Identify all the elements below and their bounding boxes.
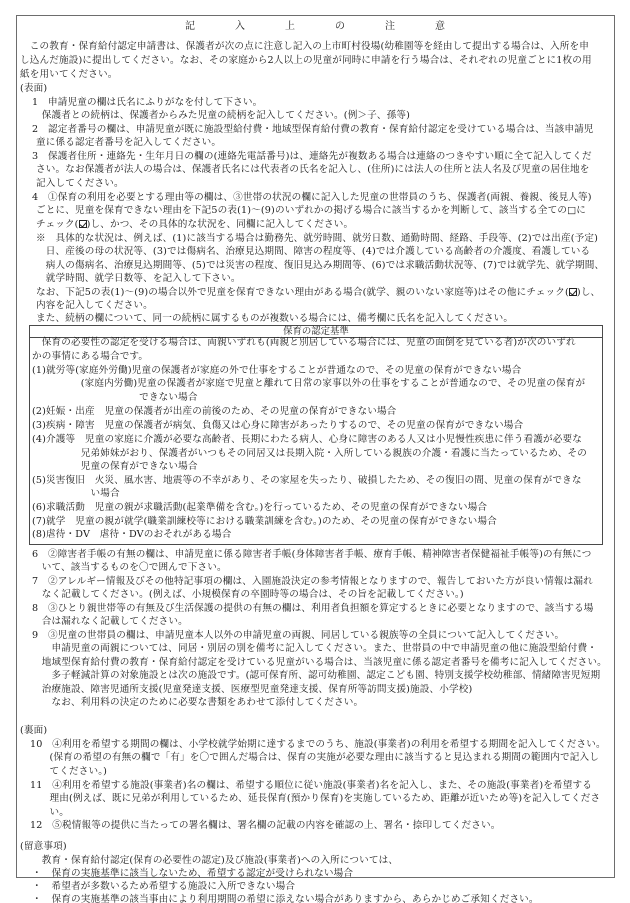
front-item-3: 3 保護者住所・連絡先・生年月日の欄の(連絡先電話番号)は、連絡先が複数ある場合…: [32, 151, 592, 164]
intro-line: し込んだ施設)に提出してください。なお、その家庭から2人以上の児童が同時に申請を…: [20, 55, 592, 68]
criteria-row-4: 児童の保育ができない場合: [32, 461, 198, 474]
checked-box-icon: [569, 288, 577, 296]
notes-bullet: ・ 希望者が多数いるため希望する施設に入所できない場合: [32, 881, 295, 894]
front-item-3: 記入してください。: [36, 178, 124, 191]
notes-heading: (留意事項): [20, 841, 67, 854]
checked-box-icon: [79, 220, 87, 228]
front-item-4-text: )し、: [577, 287, 600, 298]
document-title: 記入上の注意: [0, 17, 630, 32]
criteria-row-1: (1)就労等(家庭外労働)児童の保護者が家庭の外で仕事をすることが普通なので、そ…: [32, 365, 521, 378]
front-item-4-text: チェック(: [36, 219, 79, 230]
criteria-row-8: (8)虐待・DV 虐待・DVのおそれがある場合: [32, 529, 231, 542]
intro-line: 紙を用いてください。: [20, 69, 117, 82]
front-item-9: 多子軽減計算の対象施設とは次の施設です。(認可保育所、認可幼稚園、認定こども園、…: [32, 670, 600, 683]
front-heading: (表面): [20, 83, 47, 96]
front-item-4-note: 日、産後の母の状況等、(3)では傷病名、治療見込期間、障害の程度等、(4)では介…: [36, 246, 590, 259]
criteria-row-5: (5)災害復旧 火災、風水害、地震等の不幸があり、その家屋を失ったり、破損したた…: [32, 475, 582, 488]
title-char: 意: [415, 17, 465, 32]
back-item-12: 12 ⑤税情報等の提供に当たっての署名欄は、署名欄の記載の内容を確認の上、署名・…: [30, 820, 500, 833]
notes-lead: 教育・保育給付認定(保育の必要性の認定)及び施設(事業者)への入所については、: [32, 855, 398, 868]
front-item-4-note: 病人の傷病名、治療見込期間等、(5)では災害の程度、復旧見込み期間等、(6)では…: [36, 260, 604, 273]
front-item-7: 7 ②アレルギー情報及びその他特記事項の欄は、入園施設決定の参考情報となりますの…: [32, 576, 593, 589]
front-item-4-text: なお、下記5の表(1)～(9)の場合以外で児童を保育できない理由がある場合(就学…: [36, 287, 569, 298]
front-item-3: さい。なお保護者が法人の場合は、保護者氏名には代表者の氏名を記入し、(住所)には…: [36, 164, 589, 177]
front-item-4-other: 内容を記入してください。: [36, 300, 153, 313]
title-char: 入: [215, 17, 265, 32]
intro-line: この教育・保育給付認定申請書は、保護者が次の点に注意し記入の上市町村役場(幼稚園…: [20, 41, 589, 54]
front-item-9: なお、利用料の決定のために必要な書類をあわせて添付してください。: [32, 697, 363, 710]
front-item-9: 9 ③児童の世帯員の欄は、申請児童本人以外の申請児童の両親、同居している親族等の…: [32, 630, 564, 643]
criteria-row-4: 兄弟姉妹がおり、保護者がいつもその同居又は長期入院・入所している親族の介護・看護…: [32, 448, 587, 461]
front-item-2: 2 認定者番号の欄は、申請児童が既に施設型給付費・地域型保育給付費の教育・保育給…: [32, 124, 594, 137]
criteria-row-3: (3)疾病・障害 児童の保護者が病気、負傷又は心身に障害があったりするので、その…: [32, 420, 523, 433]
front-item-4: チェック()し、かつ、その具体的な状況を、同欄に記入してください。: [36, 219, 353, 232]
back-item-10: てください。): [30, 766, 107, 779]
back-item-11: 理由(例えば、既に兄弟が利用しているため、延長保育(預かり保育)を実施しているた…: [30, 793, 600, 806]
back-item-10: (保育の希望の有無の欄で「有」を〇で囲んだ場合は、保育の実施が必要な理由に該当す…: [30, 752, 599, 765]
criteria-row-7: (7)就学 児童の親が就学(職業訓練校等における職業訓練を含む。)のため、その児…: [32, 516, 497, 529]
front-item-6: 6 ②障害者手帳の有無の欄は、申請児童に係る障害者手帳(身体障害者手帳、療育手帳…: [32, 549, 592, 562]
front-item-1: 保護者との続柄は、保護者からみた児童の続柄を記入してください。(例＞子、孫等): [32, 110, 410, 123]
notes-bullet: ・ 保育の実施基準に該当しないため、希望する認定が受けられない場合: [32, 868, 353, 881]
back-heading: (裏面): [20, 725, 47, 738]
front-item-6: いて、該当するものを〇で囲んで下さい。: [32, 562, 227, 575]
front-item-2: 童に係る認定者番号を記入してください。: [36, 137, 221, 150]
title-char: の: [315, 17, 365, 32]
title-char: 上: [265, 17, 315, 32]
back-item-11: 11 ④利用を希望する施設(事業者)名の欄は、希望する順位に従い施設(事業者)名…: [30, 780, 592, 793]
front-item-4-note: ※ 具体的な状況は、例えば、(1)に該当する場合は勤務先、就労時間、就労日数、通…: [36, 233, 598, 246]
criteria-row-5: い場合: [32, 488, 120, 501]
title-char: 記: [165, 17, 215, 32]
front-item-9: 申請児童の両親については、同居・別居の別を備考に記入してください。また、世帯員の…: [32, 643, 597, 656]
criteria-row-1: できない場合: [32, 392, 198, 405]
front-item-7: なく記載してください。(例えば、小規模保育の卒園時等の場合は、その旨を記載してく…: [32, 589, 464, 602]
front-item-8: 合は漏れなく記載してください。: [32, 616, 188, 629]
criteria-intro: 保育の必要性の認定を受ける場合は、両親いずれも(両親と別居している場合には、児童…: [32, 337, 576, 350]
back-item-10: 10 ④利用を希望する期間の欄は、小学校就学始期に達するまでのうち、施設(事業者…: [30, 739, 606, 752]
front-item-4: ごとに、児童を保育できない理由を下記5の表(1)～(9)のいずれかの掲げる場合に…: [36, 205, 586, 218]
front-item-4-note: 就学時間、就学日数等、を記入して下さい。: [36, 273, 241, 286]
criteria-row-6: (6)求職活動 児童の親が求職活動(起業準備を含む。)を行っているため、その児童…: [32, 502, 487, 515]
front-item-9: 地域型保育給付費の教育・保育給付認定を受けている児童がいる場合は、当該児童に係る…: [32, 657, 607, 670]
notes-bullet: ・ 保育の実施基準の該当事由により利用期間の希望に添えない場合がありますから、あ…: [32, 894, 539, 903]
front-item-4-other: なお、下記5の表(1)～(9)の場合以外で児童を保育できない理由がある場合(就学…: [36, 287, 600, 300]
criteria-intro: かの事情にある場合です。: [32, 351, 148, 364]
front-item-9: 治療施設、障害児通所支援(児童発達支援、医療型児童発達支援、保育所等訪問支援)施…: [32, 684, 472, 697]
front-item-4-relation: また、続柄の欄について、同一の続柄に属するものが複数いる場合には、備考欄に氏名を…: [36, 313, 513, 326]
criteria-row-1: (家庭内労働)児童の保護者が家庭で児童と離れて日常の家事以外の仕事をすることが普…: [32, 378, 585, 391]
front-item-4-text: )し、かつ、その具体的な状況を、同欄に記入してください。: [87, 219, 354, 230]
front-item-8: 8 ③ひとり親世帯等の有無及び生活保護の提供の有無の欄は、利用者負担額を算定する…: [32, 603, 593, 616]
criteria-row-4: (4)介護等 児童の家庭に介護が必要な高齢者、長期にわたる病人、心身に障害のある…: [32, 434, 582, 447]
title-char: 注: [365, 17, 415, 32]
front-item-1: 1 申請児童の欄は氏名にふりがなを付して下さい。: [32, 97, 262, 110]
criteria-row-2: (2)妊娠・出産 児童の保護者が出産の前後のため、その児童の保育ができない場合: [32, 406, 396, 419]
front-item-4: 4 ①保育の利用を必要とする理由等の欄は、③世帯の状況の欄に記入した児童の世帯員…: [32, 192, 592, 205]
back-item-11: い。: [30, 807, 69, 820]
